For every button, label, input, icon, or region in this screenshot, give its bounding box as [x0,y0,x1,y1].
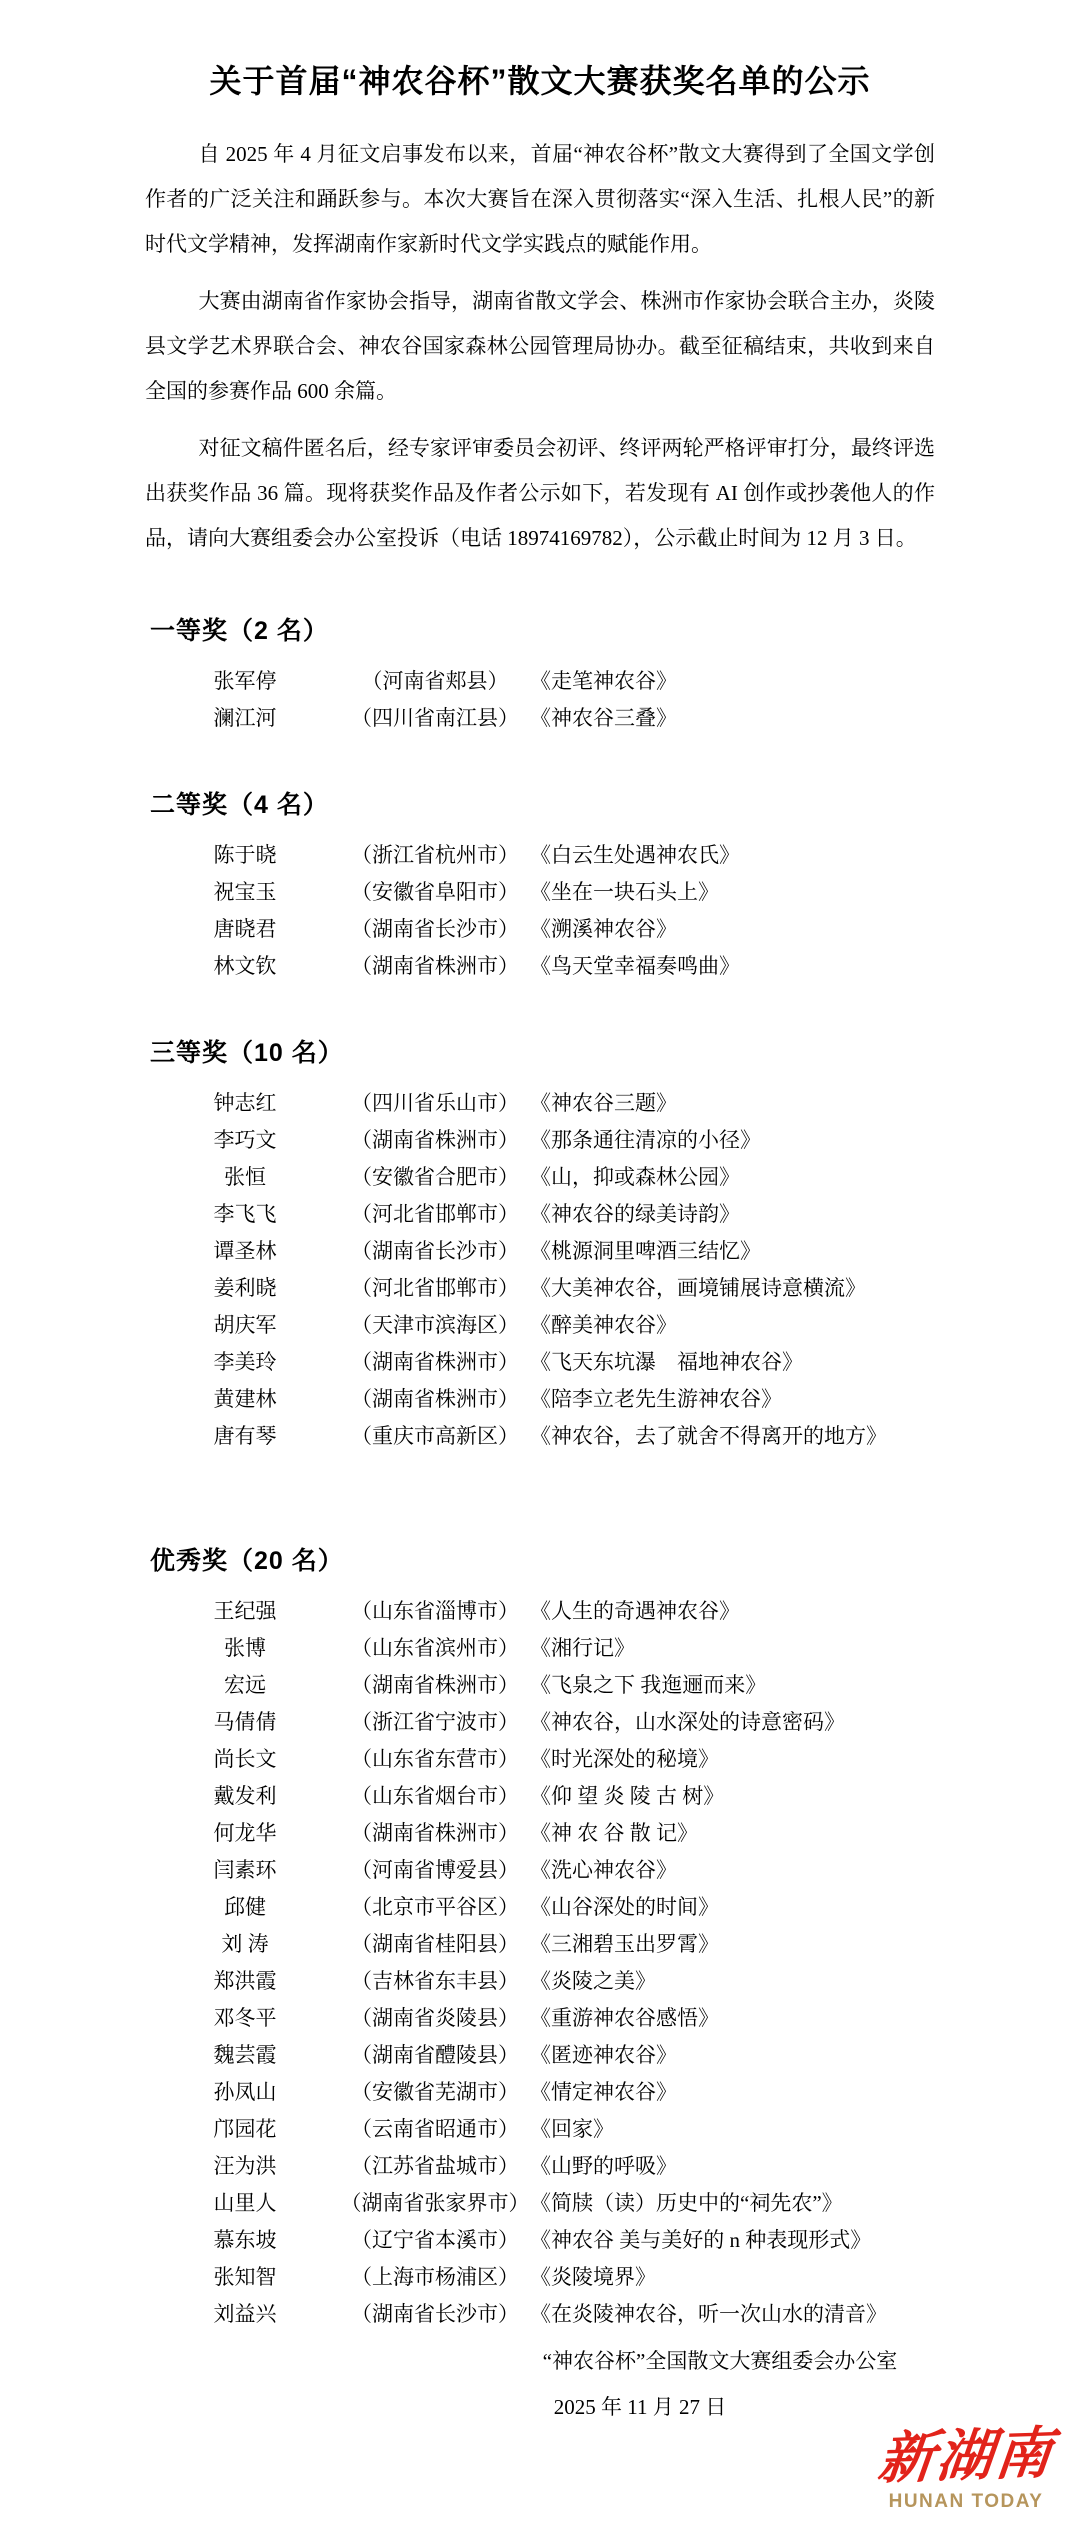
winner-work-title: 《桃源洞里啤酒三结忆》 [530,1235,980,1265]
winner-row: 胡庆军 （天津市滨海区） 《醉美神农谷》 [150,1305,980,1342]
winner-work-title: 《山野的呼吸》 [530,2150,980,2180]
winner-name: 胡庆军 [150,1309,340,1339]
winner-row: 邓冬平 （湖南省炎陵县） 《重游神农谷感悟》 [150,1998,980,2035]
winner-region: （四川省乐山市） [340,1087,530,1117]
page-title: 关于首届“神农谷杯”散文大赛获奖名单的公示 [0,0,1080,102]
winner-row: 郑洪霞 （吉林省东丰县） 《炎陵之美》 [150,1961,980,1998]
award-heading: 优秀奖（20 名） [150,1541,980,1577]
intro-paragraphs: 自 2025 年 4 月征文启事发布以来，首届“神农谷杯”散文大赛得到了全国文学… [0,102,1080,561]
winner-row: 姜利晓 （河北省邯郸市） 《大美神农谷，画境铺展诗意横流》 [150,1268,980,1305]
winner-name: 王纪强 [150,1595,340,1625]
winner-name: 祝宝玉 [150,876,340,906]
winner-name: 李飞飞 [150,1198,340,1228]
winner-region: （浙江省杭州市） [340,839,530,869]
winner-name: 钟志红 [150,1087,340,1117]
winner-work-title: 《人生的奇遇神农谷》 [530,1595,980,1625]
winner-name: 马倩倩 [150,1706,340,1736]
award-section: 一等奖（2 名） 张军停 （河南省郏县） 《走笔神农谷》 澜江河 （四川省南江县… [150,611,980,735]
winner-row: 张博 （山东省滨州市） 《湘行记》 [150,1628,980,1665]
winner-work-title: 《那条通往清凉的小径》 [530,1124,980,1154]
award-section: 三等奖（10 名） 钟志红 （四川省乐山市） 《神农谷三题》 李巧文 （湖南省株… [150,1033,980,1453]
winner-work-title: 《大美神农谷，画境铺展诗意横流》 [530,1272,980,1302]
winner-region: （云南省昭通市） [340,2113,530,2143]
winner-work-title: 《回家》 [530,2113,980,2143]
winner-work-title: 《神农谷三题》 [530,1087,980,1117]
winner-name: 黄建林 [150,1383,340,1413]
winner-region: （湖南省长沙市） [340,2298,530,2328]
winner-work-title: 《坐在一块石头上》 [530,876,980,906]
winner-row: 邱健 （北京市平谷区） 《山谷深处的时间》 [150,1887,980,1924]
winner-name: 戴发利 [150,1780,340,1810]
winner-row: 黄建林 （湖南省株洲市） 《陪李立老先生游神农谷》 [150,1379,980,1416]
winner-row: 唐有琴 （重庆市高新区） 《神农谷，去了就舍不得离开的地方》 [150,1416,980,1453]
winner-work-title: 《神农谷三叠》 [530,702,980,732]
winner-name: 邱健 [150,1891,340,1921]
winner-region: （安徽省阜阳市） [340,876,530,906]
winner-work-title: 《白云生处遇神农氏》 [530,839,980,869]
winner-region: （河北省邯郸市） [340,1198,530,1228]
winner-work-title: 《山，抑或森林公园》 [530,1161,980,1191]
winner-name: 郑洪霞 [150,1965,340,1995]
document-footer: “神农谷杯”全国散文大赛组委会办公室 2025 年 11 月 27 日 [0,2338,1080,2430]
winner-work-title: 《匿迹神农谷》 [530,2039,980,2069]
winner-row: 谭圣林 （湖南省长沙市） 《桃源洞里啤酒三结忆》 [150,1231,980,1268]
winner-row: 刘 涛 （湖南省桂阳县） 《三湘碧玉出罗霄》 [150,1924,980,1961]
hunan-today-logo: 新湖南 HUNAN TODAY [866,2427,1066,2513]
winner-region: （湖南省醴陵县） [340,2039,530,2069]
winner-name: 何龙华 [150,1817,340,1847]
winner-region: （江苏省盐城市） [340,2150,530,2180]
winner-region: （四川省南江县） [340,702,530,732]
winner-row: 何龙华 （湖南省株洲市） 《神 农 谷 散 记》 [150,1813,980,1850]
winner-work-title: 《炎陵境界》 [530,2261,980,2291]
winner-row: 李飞飞 （河北省邯郸市） 《神农谷的绿美诗韵》 [150,1194,980,1231]
winner-work-title: 《简牍（读）历史中的“祠先农”》 [530,2187,980,2217]
winner-row: 尚长文 （山东省东营市） 《时光深处的秘境》 [150,1739,980,1776]
winner-row: 祝宝玉 （安徽省阜阳市） 《坐在一块石头上》 [150,872,980,909]
winner-row: 宏远 （湖南省株洲市） 《飞泉之下 我迤逦而来》 [150,1665,980,1702]
winner-name: 唐晓君 [150,913,340,943]
winner-work-title: 《仰 望 炎 陵 古 树》 [530,1780,980,1810]
winner-region: （天津市滨海区） [340,1309,530,1339]
winner-region: （安徽省合肥市） [340,1161,530,1191]
winner-row: 邝园花 （云南省昭通市） 《回家》 [150,2109,980,2146]
winner-row: 汪为洪 （江苏省盐城市） 《山野的呼吸》 [150,2146,980,2183]
winner-row: 澜江河 （四川省南江县） 《神农谷三叠》 [150,698,980,735]
logo-chinese-calligraphy: 新湖南 [862,2424,1069,2490]
winner-row: 李美玲 （湖南省株洲市） 《飞天东坑瀑 福地神农谷》 [150,1342,980,1379]
winner-work-title: 《神农谷，去了就舍不得离开的地方》 [530,1420,980,1450]
paragraph-3: 对征文稿件匿名后，经专家评审委员会初评、终评两轮严格评审打分，最终评选出获奖作品… [145,426,935,561]
winner-name: 张博 [150,1632,340,1662]
signature: “神农谷杯”全国散文大赛组委会办公室 [0,2338,1080,2384]
winner-work-title: 《飞泉之下 我迤逦而来》 [530,1669,980,1699]
winner-row: 张恒 （安徽省合肥市） 《山，抑或森林公园》 [150,1157,980,1194]
winner-name: 刘 涛 [150,1928,340,1958]
winner-region: （湖南省株洲市） [340,1124,530,1154]
winner-region: （河南省郏县） [340,665,530,695]
award-sections: 一等奖（2 名） 张军停 （河南省郏县） 《走笔神农谷》 澜江河 （四川省南江县… [0,611,1080,2331]
winner-region: （上海市杨浦区） [340,2261,530,2291]
winner-region: （北京市平谷区） [340,1891,530,1921]
winner-work-title: 《炎陵之美》 [530,1965,980,1995]
winner-name: 汪为洪 [150,2150,340,2180]
winner-name: 林文钦 [150,950,340,980]
date: 2025 年 11 月 27 日 [0,2384,1080,2430]
winner-region: （湖南省张家界市） [340,2187,530,2217]
winner-row: 山里人 （湖南省张家界市） 《简牍（读）历史中的“祠先农”》 [150,2183,980,2220]
winner-name: 李美玲 [150,1346,340,1376]
winner-work-title: 《重游神农谷感悟》 [530,2002,980,2032]
winner-name: 姜利晓 [150,1272,340,1302]
winner-region: （河南省博爱县） [340,1854,530,1884]
winner-row: 戴发利 （山东省烟台市） 《仰 望 炎 陵 古 树》 [150,1776,980,1813]
winner-row: 马倩倩 （浙江省宁波市） 《神农谷，山水深处的诗意密码》 [150,1702,980,1739]
winner-region: （山东省烟台市） [340,1780,530,1810]
winner-region: （湖南省长沙市） [340,1235,530,1265]
winner-name: 尚长文 [150,1743,340,1773]
winner-row: 孙凤山 （安徽省芜湖市） 《情定神农谷》 [150,2072,980,2109]
winner-row: 林文钦 （湖南省株洲市） 《鸟天堂幸福奏鸣曲》 [150,946,980,983]
winner-work-title: 《走笔神农谷》 [530,665,980,695]
winner-row: 刘益兴 （湖南省长沙市） 《在炎陵神农谷，听一次山水的清音》 [150,2294,980,2331]
winner-name: 孙凤山 [150,2076,340,2106]
paragraph-1: 自 2025 年 4 月征文启事发布以来，首届“神农谷杯”散文大赛得到了全国文学… [145,132,935,267]
paragraph-2: 大赛由湖南省作家协会指导，湖南省散文学会、株洲市作家协会联合主办，炎陵县文学艺术… [145,279,935,414]
winner-name: 张军停 [150,665,340,695]
winner-work-title: 《在炎陵神农谷，听一次山水的清音》 [530,2298,980,2328]
winner-row: 唐晓君 （湖南省长沙市） 《溯溪神农谷》 [150,909,980,946]
winner-region: （浙江省宁波市） [340,1706,530,1736]
winner-name: 张恒 [150,1161,340,1191]
winner-work-title: 《醉美神农谷》 [530,1309,980,1339]
winner-rows: 王纪强 （山东省淄博市） 《人生的奇遇神农谷》 张博 （山东省滨州市） 《湘行记… [150,1591,980,2331]
winner-row: 张军停 （河南省郏县） 《走笔神农谷》 [150,661,980,698]
winner-name: 谭圣林 [150,1235,340,1265]
winner-rows: 钟志红 （四川省乐山市） 《神农谷三题》 李巧文 （湖南省株洲市） 《那条通往清… [150,1083,980,1453]
winner-work-title: 《情定神农谷》 [530,2076,980,2106]
award-heading: 一等奖（2 名） [150,611,980,647]
winner-work-title: 《神农谷的绿美诗韵》 [530,1198,980,1228]
winner-row: 陈于晓 （浙江省杭州市） 《白云生处遇神农氏》 [150,835,980,872]
winner-name: 慕东坡 [150,2224,340,2254]
winner-region: （湖南省炎陵县） [340,2002,530,2032]
winner-name: 刘益兴 [150,2298,340,2328]
winner-work-title: 《湘行记》 [530,1632,980,1662]
winner-work-title: 《三湘碧玉出罗霄》 [530,1928,980,1958]
winner-work-title: 《鸟天堂幸福奏鸣曲》 [530,950,980,980]
winner-name: 唐有琴 [150,1420,340,1450]
winner-region: （湖南省长沙市） [340,913,530,943]
winner-row: 魏芸霞 （湖南省醴陵县） 《匿迹神农谷》 [150,2035,980,2072]
winner-row: 闫素环 （河南省博爱县） 《洗心神农谷》 [150,1850,980,1887]
winner-region: （山东省淄博市） [340,1595,530,1625]
winner-work-title: 《洗心神农谷》 [530,1854,980,1884]
winner-region: （湖南省株洲市） [340,1346,530,1376]
winner-name: 宏远 [150,1669,340,1699]
winner-row: 钟志红 （四川省乐山市） 《神农谷三题》 [150,1083,980,1120]
logo-english-text: HUNAN TODAY [866,2491,1066,2513]
winner-region: （辽宁省本溪市） [340,2224,530,2254]
winner-region: （山东省东营市） [340,1743,530,1773]
winner-work-title: 《飞天东坑瀑 福地神农谷》 [530,1346,980,1376]
winner-name: 澜江河 [150,702,340,732]
winner-region: （湖南省株洲市） [340,1669,530,1699]
winner-region: （吉林省东丰县） [340,1965,530,1995]
award-heading: 二等奖（4 名） [150,785,980,821]
winner-region: （湖南省桂阳县） [340,1928,530,1958]
winner-region: （湖南省株洲市） [340,950,530,980]
winner-work-title: 《神农谷，山水深处的诗意密码》 [530,1706,980,1736]
winner-row: 张知智 （上海市杨浦区） 《炎陵境界》 [150,2257,980,2294]
winner-row: 慕东坡 （辽宁省本溪市） 《神农谷 美与美好的 n 种表现形式》 [150,2220,980,2257]
winner-region: （山东省滨州市） [340,1632,530,1662]
winner-region: （河北省邯郸市） [340,1272,530,1302]
winner-work-title: 《溯溪神农谷》 [530,913,980,943]
winner-name: 陈于晓 [150,839,340,869]
winner-rows: 张军停 （河南省郏县） 《走笔神农谷》 澜江河 （四川省南江县） 《神农谷三叠》 [150,661,980,735]
winner-region: （重庆市高新区） [340,1420,530,1450]
winner-row: 王纪强 （山东省淄博市） 《人生的奇遇神农谷》 [150,1591,980,1628]
winner-region: （安徽省芜湖市） [340,2076,530,2106]
winner-work-title: 《时光深处的秘境》 [530,1743,980,1773]
award-section: 二等奖（4 名） 陈于晓 （浙江省杭州市） 《白云生处遇神农氏》 祝宝玉 （安徽… [150,785,980,983]
winner-rows: 陈于晓 （浙江省杭州市） 《白云生处遇神农氏》 祝宝玉 （安徽省阜阳市） 《坐在… [150,835,980,983]
winner-name: 李巧文 [150,1124,340,1154]
winner-work-title: 《神农谷 美与美好的 n 种表现形式》 [530,2224,980,2254]
winner-work-title: 《山谷深处的时间》 [530,1891,980,1921]
winner-region: （湖南省株洲市） [340,1817,530,1847]
winner-name: 魏芸霞 [150,2039,340,2069]
winner-name: 邝园花 [150,2113,340,2143]
winner-name: 山里人 [150,2187,340,2217]
announcement-document: 关于首届“神农谷杯”散文大赛获奖名单的公示 自 2025 年 4 月征文启事发布… [0,0,1080,2521]
winner-work-title: 《神 农 谷 散 记》 [530,1817,980,1847]
winner-region: （湖南省株洲市） [340,1383,530,1413]
award-heading: 三等奖（10 名） [150,1033,980,1069]
winner-name: 张知智 [150,2261,340,2291]
winner-name: 闫素环 [150,1854,340,1884]
award-section: 优秀奖（20 名） 王纪强 （山东省淄博市） 《人生的奇遇神农谷》 张博 （山东… [150,1541,980,2331]
winner-work-title: 《陪李立老先生游神农谷》 [530,1383,980,1413]
winner-row: 李巧文 （湖南省株洲市） 《那条通往清凉的小径》 [150,1120,980,1157]
winner-name: 邓冬平 [150,2002,340,2032]
